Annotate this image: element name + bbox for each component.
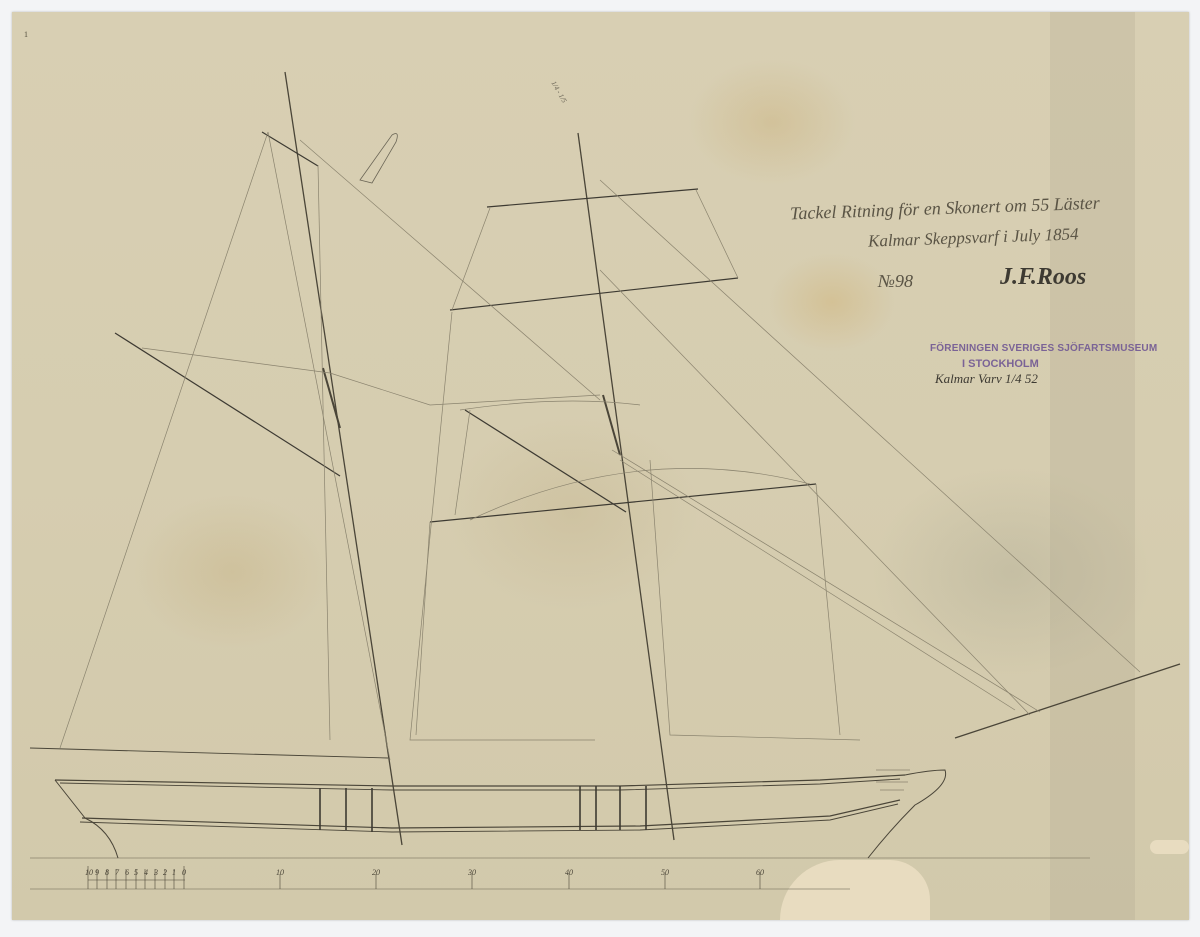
scale-major-label: 60 [756,868,764,877]
signature: J.F.Roos [1000,264,1086,291]
sails-and-stays [60,132,1140,760]
handwritten-note: Kalmar Varv 1/4 52 [935,371,1038,387]
scale-fine-label: 5 [134,868,138,877]
scale-major-label: 30 [468,868,476,877]
scale-major-label: 40 [565,868,573,877]
scale-fine-label: 6 [125,868,129,877]
scale-fine-label: 8 [105,868,109,877]
museum-stamp-line-2: I STOCKHOLM [962,358,1039,370]
scale-bar [88,866,760,889]
scale-fine-label: 9 [95,868,99,877]
drawing-number: №98 [878,271,913,292]
pennant-icon [360,134,397,183]
hull [30,748,946,858]
scale-fine-label: 10 [85,868,93,877]
scale-fine-label: 7 [115,868,119,877]
margin-mark: 1 [24,30,28,39]
ship-rigging-drawing [0,0,1200,937]
scale-fine-label: 0 [182,868,186,877]
scale-major-label: 50 [661,868,669,877]
scale-fine-label: 2 [163,868,167,877]
museum-stamp-line-1: FÖRENINGEN SVERIGES SJÖFARTSMUSEUM [930,343,1157,354]
scale-fine-label: 1 [172,868,176,877]
scale-major-label: 20 [372,868,380,877]
scale-major-label: 10 [276,868,284,877]
yards [115,132,816,522]
scale-fine-label: 3 [154,868,158,877]
scale-fine-label: 4 [144,868,148,877]
masts [285,72,1180,845]
